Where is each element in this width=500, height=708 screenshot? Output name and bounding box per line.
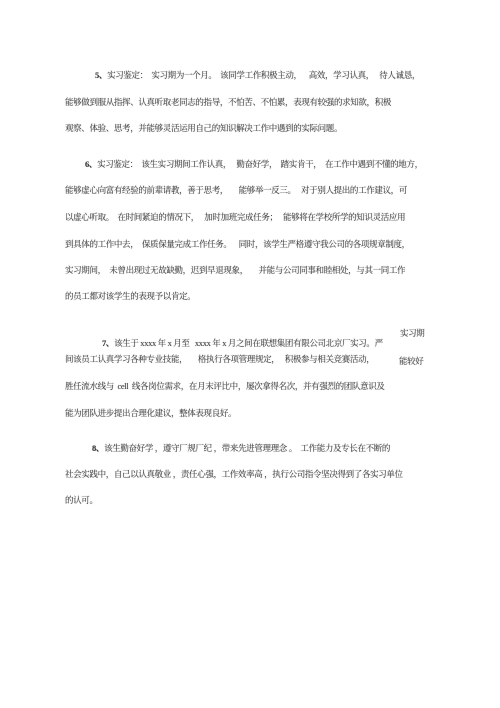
paragraph-7-number: 7、: [102, 338, 114, 348]
paragraph-7-side-note-2: 能较好: [399, 357, 423, 366]
paragraph-7-text: 该生于 xxxx 年 x 月至 xxxx 年 x 月之间在联想集团有限公司北京厂…: [114, 338, 383, 348]
paragraph-5-number: 5、: [95, 70, 107, 80]
document-page: 5、实习鉴定： 实习期为一个月。 该同学工作积极主动， 高效，学习认真， 待人诚…: [0, 0, 500, 708]
paragraph-7-line-4: 能为团队进步提出合理化建议，整体表现良好。: [65, 409, 236, 418]
paragraph-7-line-2: 间该员工认真学习各种专业技能， 格执行各项管理规定， 积极参与相关竞赛活动，: [65, 355, 374, 364]
paragraph-7-line-3: 胜任流水线与 cell 线各岗位需求，在月末评比中，屡次拿得名次，并有强烈的团队…: [65, 382, 385, 391]
paragraph-6-line-3: 以虚心听取。 在时间紧迫的情况下， 加时加班完成任务； 能够将在学校所学的知识灵…: [65, 213, 405, 222]
paragraph-8-text: 该生勤奋好学 ，遵守厂规厂纪 ，带来先进管理理念 。 工作能力及专长在不断的: [104, 443, 390, 453]
paragraph-8-line-2: 社会实践中，自己以认真敬业 ，责任心强，工作效率高 ，执行公司指令坚决得到了各实…: [65, 470, 403, 479]
paragraph-7-first-line: 7、该生于 xxxx 年 x 月至 xxxx 年 x 月之间在联想集团有限公司北…: [102, 339, 383, 348]
paragraph-7-side-note-1: 实习期: [400, 329, 424, 338]
paragraph-6-text: 实习鉴定： 该生实习期间工作认真， 勤奋好学， 踏实肯干， 在工作中遇到不懂的地…: [97, 159, 423, 169]
paragraph-6-first-line: 6、实习鉴定： 该生实习期间工作认真， 勤奋好学， 踏实肯干， 在工作中遇到不懂…: [85, 160, 423, 169]
paragraph-8-number: 8、: [92, 443, 104, 453]
paragraph-8-line-3: 的认可。: [65, 496, 98, 505]
paragraph-5-first-line: 5、实习鉴定： 实习期为一个月。 该同学工作积极主动， 高效，学习认真， 待人诚…: [95, 71, 420, 80]
paragraph-5-line-3: 观察、体验、思考，并能够灵活运用自己的知识解决工作中遇到的实际问题。: [65, 124, 342, 133]
paragraph-5-line-2: 能够做到服从指挥、认真听取老同志的指导，不怕苦、不怕累，表现有较强的求知欲，积极: [65, 98, 391, 107]
paragraph-6-line-2: 能够虚心向富有经验的前辈请教，善于思考， 能够举一反三。 对于别人提出的工作建议…: [65, 186, 407, 195]
paragraph-6-line-4: 到具体的工作中去， 保质保量完成工作任务。 同时，该学生严格遵守我公司的各项规章…: [65, 240, 410, 249]
paragraph-6-line-6: 的员工都对该学生的表现予以肯定。: [65, 292, 195, 301]
paragraph-6-number: 6、: [85, 159, 97, 169]
paragraph-8-first-line: 8、该生勤奋好学 ，遵守厂规厂纪 ，带来先进管理理念 。 工作能力及专长在不断的: [92, 444, 390, 453]
paragraph-6-line-5: 实习期间， 未曾出现过无故缺勤，迟到早退现象， 并能与公司同事和睦相处，与其一同…: [65, 266, 405, 275]
paragraph-5-text: 实习鉴定： 实习期为一个月。 该同学工作积极主动， 高效，学习认真， 待人诚恳，: [107, 70, 420, 80]
